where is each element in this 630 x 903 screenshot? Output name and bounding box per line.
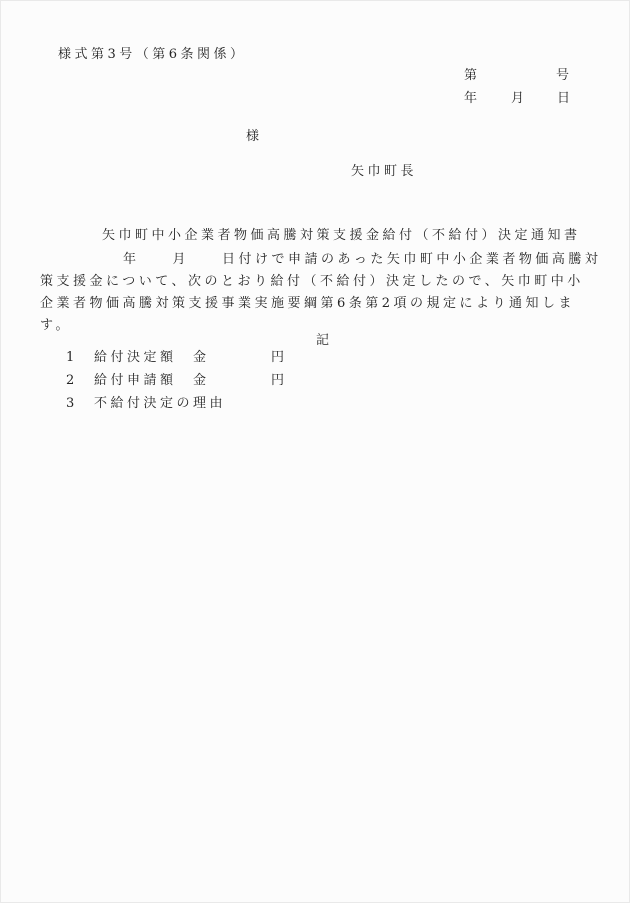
addressee-honorific: 様 — [246, 130, 263, 143]
date-month-label: 月 — [511, 92, 528, 105]
document-page: 様式第3号（第6条関係） 第 号 年 月 日 様 矢巾町長 矢巾町中小企業者物価… — [0, 0, 630, 903]
body-line: 策支援金について、次のとおり給付（不給付）決定したので、矢巾町中小 — [40, 275, 584, 288]
item-label: 不給付決定の理由 — [94, 397, 226, 410]
list-item: 3 不給付決定の理由 — [1, 397, 629, 415]
date-year-label: 年 — [464, 92, 481, 105]
item-unit: 円 — [271, 351, 288, 364]
item-label: 給付申請額 金 — [94, 374, 210, 387]
document-title: 矢巾町中小企業者物価高騰対策支援金給付（不給付）決定通知書 — [102, 229, 581, 242]
item-number: 3 — [66, 397, 78, 410]
doc-number-prefix-label: 第 — [464, 69, 481, 82]
body-line: す。 — [40, 319, 72, 332]
note-heading: 記 — [316, 334, 333, 347]
list-item: 1 給付決定額 金 円 — [1, 351, 629, 369]
item-label: 給付決定額 金 — [94, 351, 210, 364]
item-unit: 円 — [271, 374, 288, 387]
item-number: 1 — [66, 351, 78, 364]
body-line: 企業者物価高騰対策支援事業実施要綱第6条第2項の規定により通知しま — [40, 297, 575, 310]
sender-name: 矢巾町長 — [351, 165, 417, 178]
form-number-label: 様式第3号（第6条関係） — [58, 48, 247, 61]
doc-number-suffix-label: 号 — [556, 69, 573, 82]
date-day-label: 日 — [557, 92, 574, 105]
body-line: 年 月 日付けで申請のあった矢巾町中小企業者物価高騰対 — [123, 253, 601, 266]
item-number: 2 — [66, 374, 78, 387]
list-item: 2 給付申請額 金 円 — [1, 374, 629, 392]
